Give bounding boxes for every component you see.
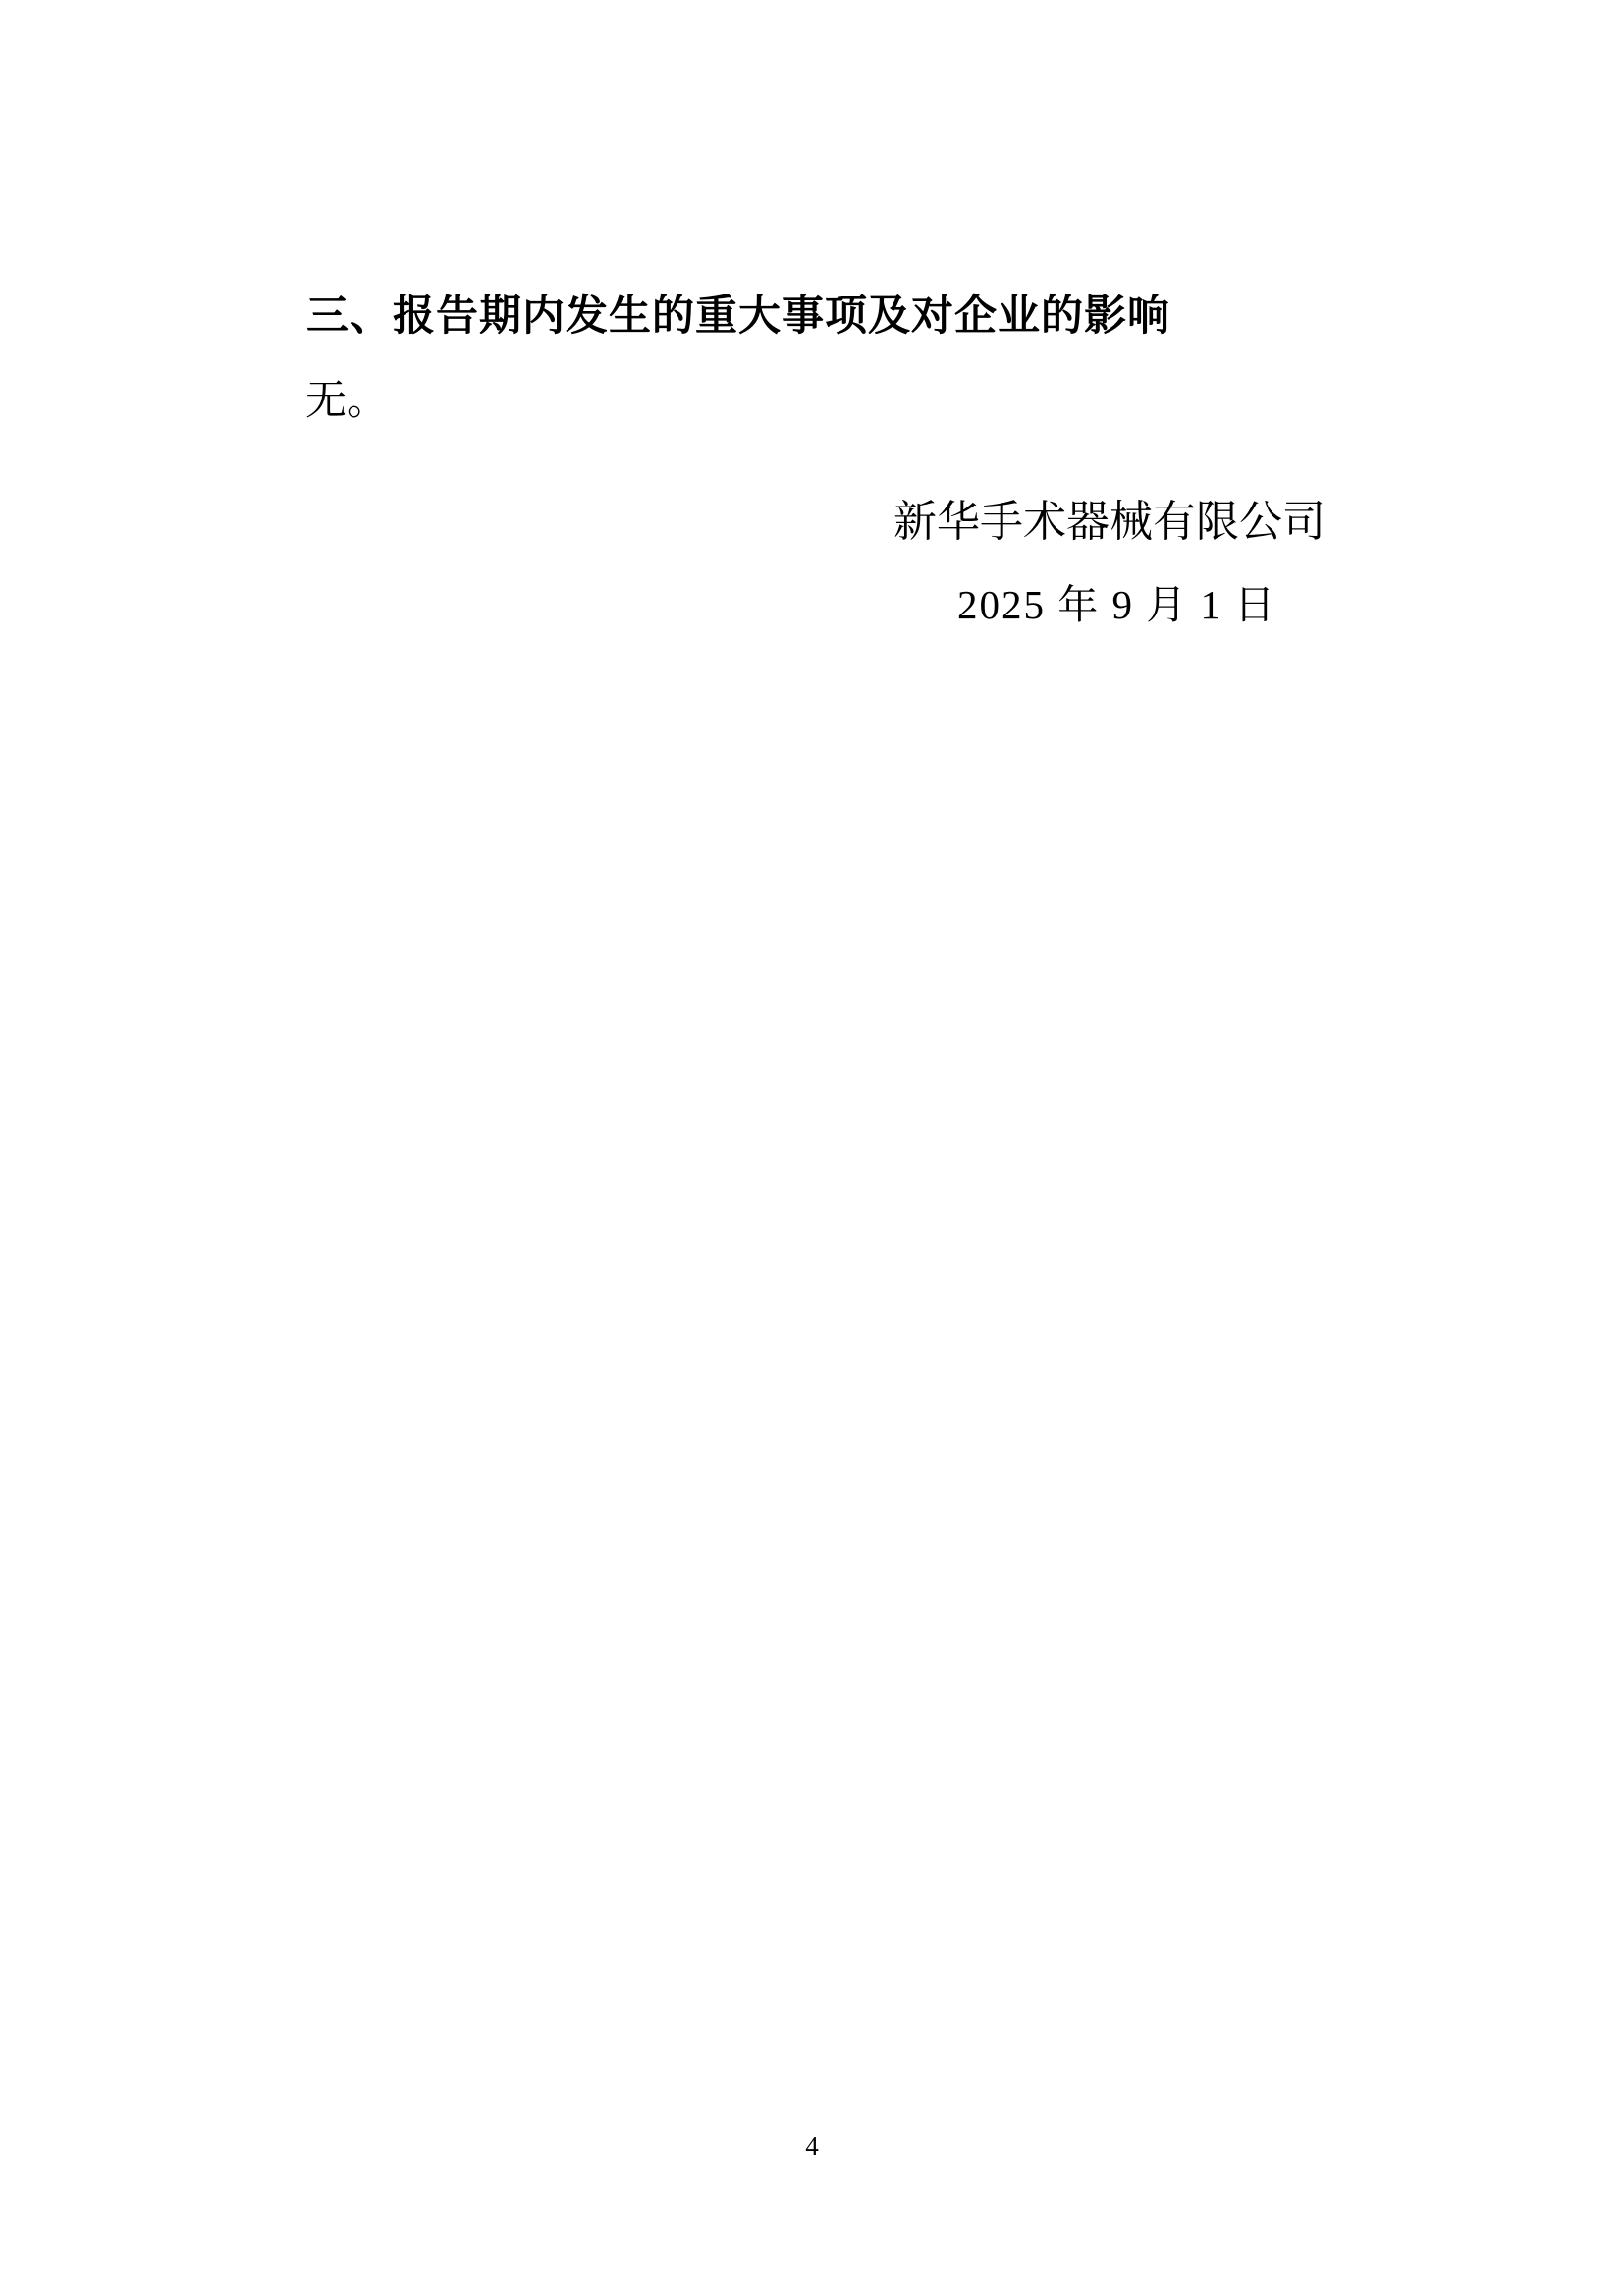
signature-date: 2025 年 9 月 1 日 [957,582,1276,628]
signature-company-name: 新华手术器械有限公司 [893,498,1326,548]
section-heading: 三、报告期内发生的重大事项及对企业的影响 [306,293,1170,341]
document-page: 三、报告期内发生的重大事项及对企业的影响 无。 新华手术器械有限公司 2025 … [0,0,1624,2296]
page-number: 4 [0,2130,1624,2162]
body-text: 无。 [305,378,388,425]
